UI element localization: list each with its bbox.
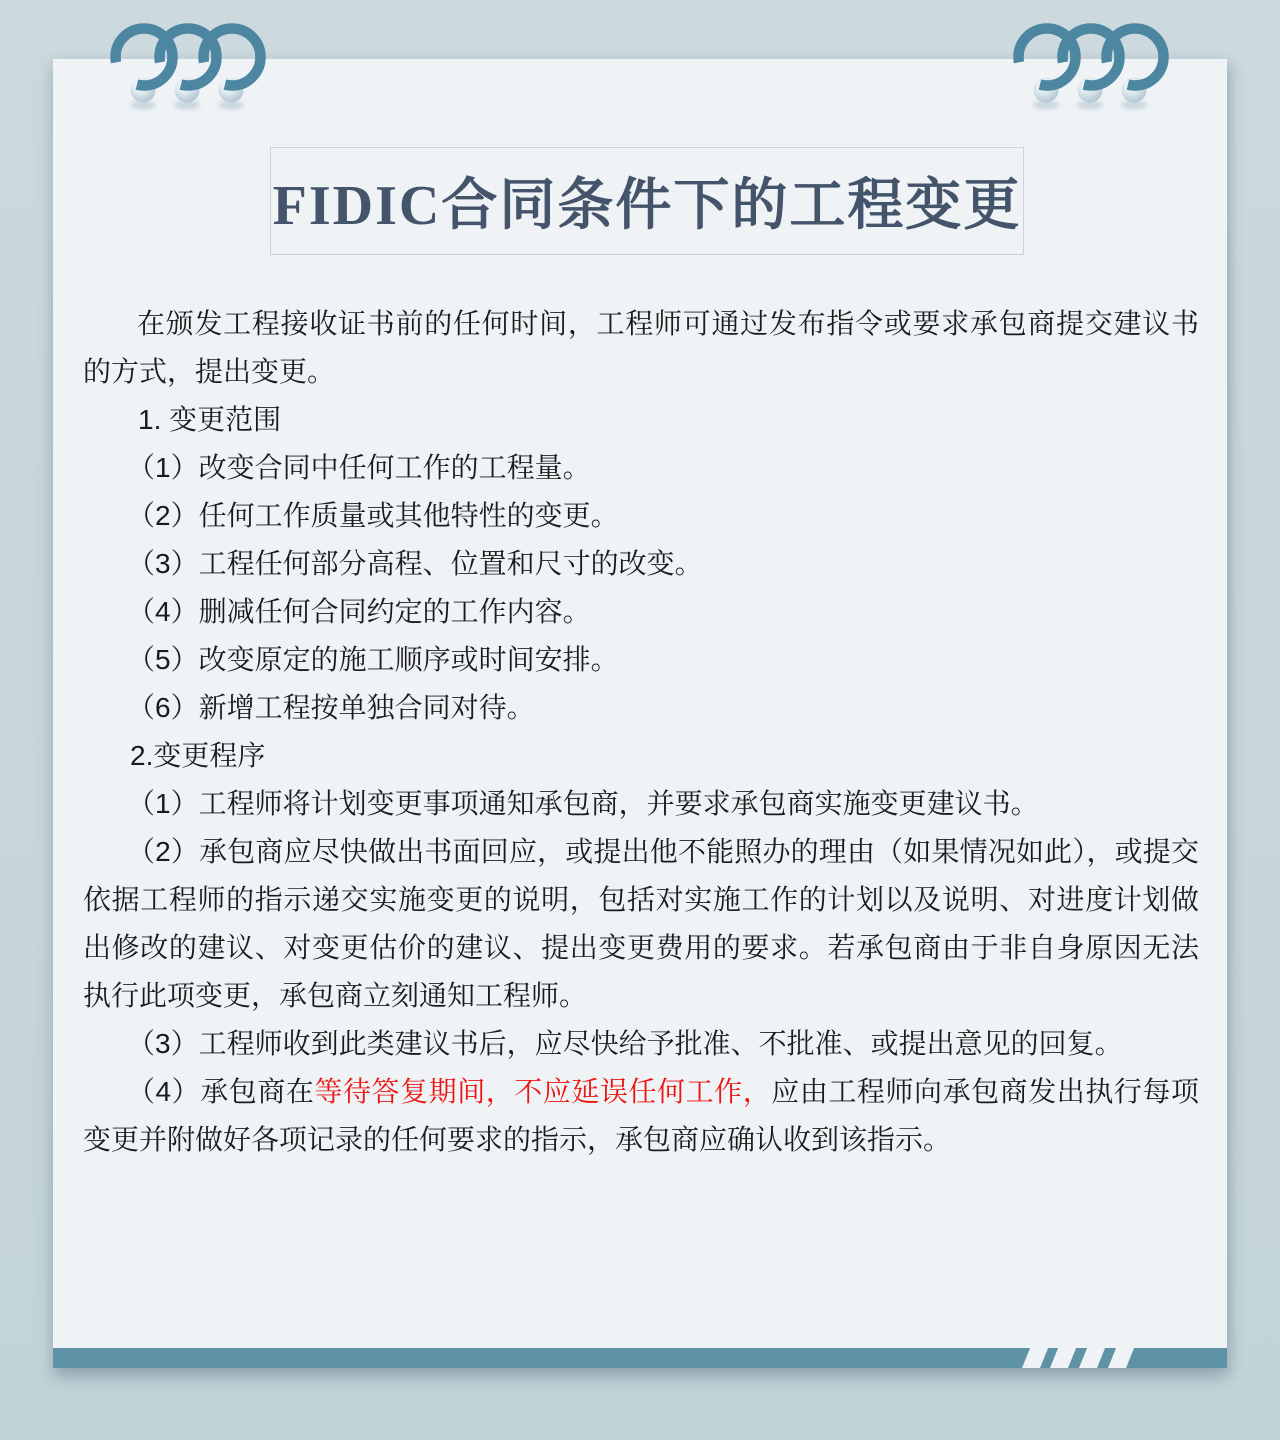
- section1-item-1: （1）改变合同中任何工作的工程量。: [83, 444, 1199, 492]
- article-body: 在颁发工程接收证书前的任何时间，工程师可通过发布指令或要求承包商提交建议书的方式…: [83, 300, 1199, 1164]
- diagonal-stripe: [1022, 1348, 1048, 1368]
- diagonal-stripe: [1108, 1348, 1134, 1368]
- section2-item-1: （1）工程师将计划变更事项通知承包商，并要求承包商实施变更建议书。: [83, 780, 1199, 828]
- section2-item-4: （4）承包商在等待答复期间，不应延误任何工作，应由工程师向承包商发出执行每项变更…: [83, 1068, 1199, 1164]
- section1-item-4: （4）删减任何合同约定的工作内容。: [83, 588, 1199, 636]
- section1-item-6: （6）新增工程按单独合同对待。: [83, 684, 1199, 732]
- page-title: FIDIC合同条件下的工程变更: [273, 161, 1022, 241]
- intro-paragraph: 在颁发工程接收证书前的任何时间，工程师可通过发布指令或要求承包商提交建议书的方式…: [83, 300, 1199, 396]
- document-card: FIDIC合同条件下的工程变更 在颁发工程接收证书前的任何时间，工程师可通过发布…: [53, 59, 1227, 1368]
- item4-red-highlight: 等待答复期间，不应延误任何工作，: [314, 1076, 771, 1107]
- section1-item-3: （3）工程任何部分高程、位置和尺寸的改变。: [83, 540, 1199, 588]
- section2-item-2: （2）承包商应尽快做出书面回应，或提出他不能照办的理由（如果情况如此），或提交依…: [83, 828, 1199, 1020]
- diagonal-stripe: [1050, 1348, 1076, 1368]
- ring-group: [116, 29, 261, 110]
- section2-heading: 2.变更程序: [83, 732, 1199, 780]
- page-background: { "title": { "text": "FIDIC合同条件下的工程变更" }…: [0, 0, 1280, 1440]
- binder-rings-right-icon: [1013, 23, 1173, 128]
- binder-rings-left-icon: [110, 23, 270, 128]
- ring-group: [1019, 29, 1164, 110]
- bottom-accent-bar: [53, 1348, 1227, 1368]
- section1-heading: 1. 变更范围: [83, 396, 1199, 444]
- title-box: FIDIC合同条件下的工程变更: [270, 147, 1024, 255]
- section1-item-2: （2）任何工作质量或其他特性的变更。: [83, 492, 1199, 540]
- diagonal-stripe: [1079, 1348, 1105, 1368]
- item4-prefix: （4）承包商在: [127, 1076, 314, 1107]
- section2-item-3: （3）工程师收到此类建议书后，应尽快给予批准、不批准、或提出意见的回复。: [83, 1020, 1199, 1068]
- section1-item-5: （5）改变原定的施工顺序或时间安排。: [83, 636, 1199, 684]
